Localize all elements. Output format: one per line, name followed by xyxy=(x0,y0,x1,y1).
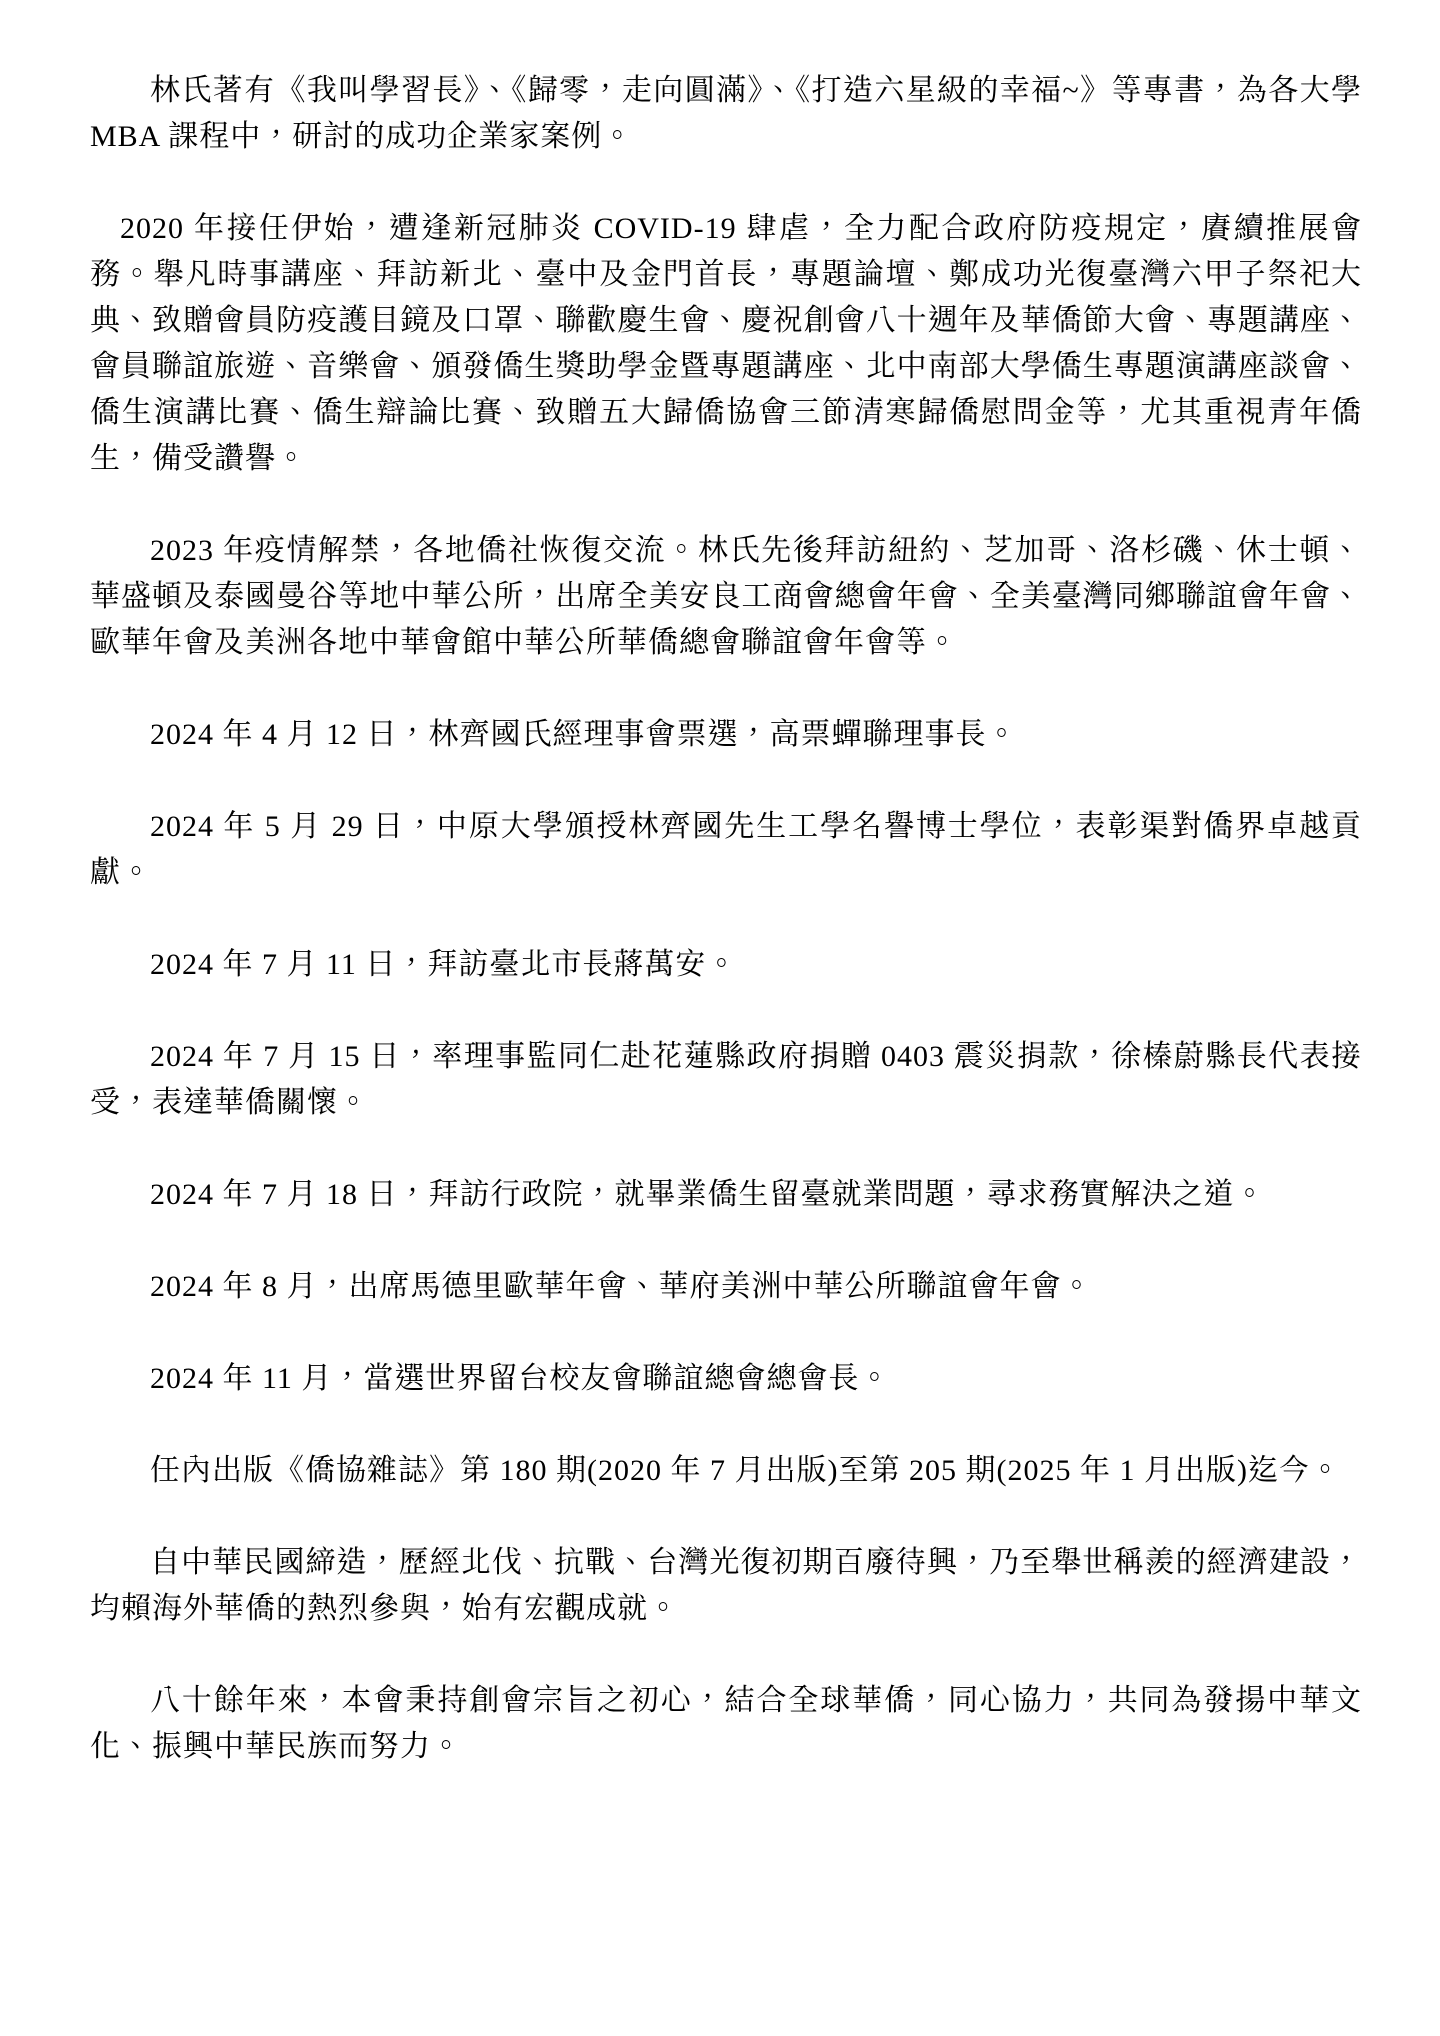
paragraph: 林氏著有《我叫學習長》、《歸零，走向圓滿》、《打造六星級的幸福~》等專書，為各大… xyxy=(90,68,1362,160)
paragraph: 2023 年疫情解禁，各地僑社恢復交流。林氏先後拜訪紐約、芝加哥、洛杉磯、休士頓… xyxy=(90,528,1362,666)
document-body: 林氏著有《我叫學習長》、《歸零，走向圓滿》、《打造六星級的幸福~》等專書，為各大… xyxy=(90,68,1362,1816)
document-page: 林氏著有《我叫學習長》、《歸零，走向圓滿》、《打造六星級的幸福~》等專書，為各大… xyxy=(0,0,1440,2036)
paragraph: 2024 年 7 月 15 日，率理事監同仁赴花蓮縣政府捐贈 0403 震災捐款… xyxy=(90,1034,1362,1126)
paragraph: 2024 年 7 月 18 日，拜訪行政院，就畢業僑生留臺就業問題，尋求務實解決… xyxy=(90,1172,1362,1218)
paragraph: 2020 年接任伊始，遭逢新冠肺炎 COVID-19 肆虐，全力配合政府防疫規定… xyxy=(90,206,1362,482)
paragraph: 任內出版《僑協雜誌》第 180 期(2020 年 7 月出版)至第 205 期(… xyxy=(90,1448,1362,1494)
paragraph: 2024 年 8 月，出席馬德里歐華年會、華府美洲中華公所聯誼會年會。 xyxy=(90,1264,1362,1310)
paragraph: 2024 年 4 月 12 日，林齊國氏經理事會票選，高票蟬聯理事長。 xyxy=(90,712,1362,758)
paragraph: 八十餘年來，本會秉持創會宗旨之初心，結合全球華僑，同心協力，共同為發揚中華文化、… xyxy=(90,1678,1362,1770)
paragraph: 自中華民國締造，歷經北伐、抗戰、台灣光復初期百廢待興，乃至舉世稱羨的經濟建設，均… xyxy=(90,1540,1362,1632)
paragraph: 2024 年 7 月 11 日，拜訪臺北市長蔣萬安。 xyxy=(90,942,1362,988)
paragraph: 2024 年 11 月，當選世界留台校友會聯誼總會總會長。 xyxy=(90,1356,1362,1402)
paragraph: 2024 年 5 月 29 日，中原大學頒授林齊國先生工學名譽博士學位，表彰渠對… xyxy=(90,804,1362,896)
